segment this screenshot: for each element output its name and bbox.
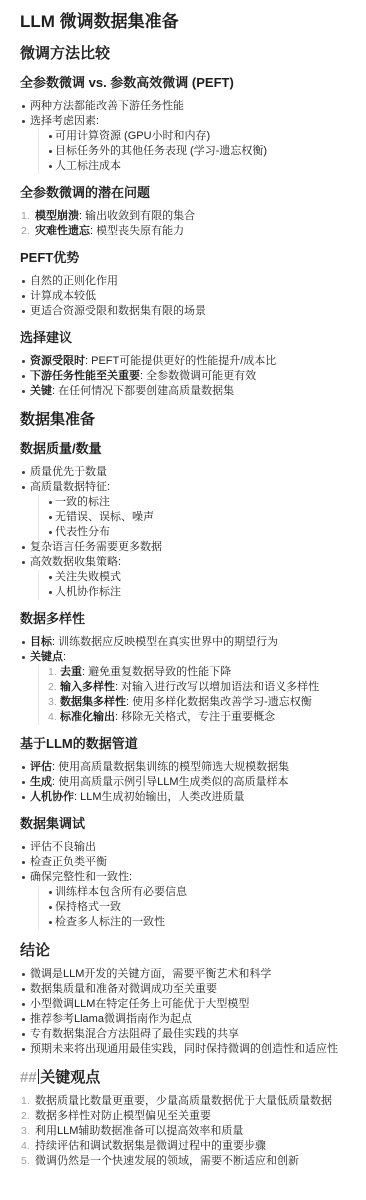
list-item-text: : 输出收敛到有限的集合: [79, 210, 195, 222]
list-item: 评估: 使用高质量数据集训练的模型筛选大规模数据集: [20, 760, 346, 775]
list-item: 关注失败模式: [39, 570, 346, 585]
list-item: 灾难性遗忘: 模型丧失原有能力: [20, 224, 346, 239]
list-item-text: : 训练数据应反映模型在真实世界中的期望行为: [52, 636, 278, 648]
heading-text: 关键观点: [40, 1069, 100, 1086]
list-item: 数据多样性对防止模型偏见至关重要: [20, 1109, 346, 1124]
list-item: 模型崩溃: 输出收敛到有限的集合: [20, 209, 346, 224]
list-item: 评估不良输出: [20, 840, 346, 855]
list-item: 目标任务外的其他任务表现 (学习-遗忘权衡): [39, 144, 346, 159]
list-item-text: 持续评估和调试数据集是微调过程中的重要步骤: [35, 1140, 266, 1152]
list-item: 高效数据收集策略: 关注失败模式 人机协作标注: [20, 555, 346, 600]
list-item-text: 代表性分布: [55, 526, 110, 538]
list-item-text: 计算成本较低: [30, 290, 96, 302]
list-item: 确保完整性和一致性: 训练样本包含所有必要信息 保持格式一致 检查多人标注的一致…: [20, 870, 346, 930]
subsection-heading-peft-advantages: PEFT优势: [20, 249, 346, 266]
list-item: 数据集多样性: 使用多样化数据集改善学习-遗忘权衡: [39, 695, 346, 710]
list-item-label: 输入多样性: [60, 681, 115, 693]
list-item-text: :: [63, 651, 66, 663]
list-item-label: 生成: [30, 776, 52, 788]
list-item: 持续评估和调试数据集是微调过程中的重要步骤: [20, 1139, 346, 1154]
list-item-text: 人机协作标注: [55, 586, 121, 598]
list-item: 微调仍然是一个快速发展的领域，需要不断适应和创新: [20, 1154, 346, 1169]
list-item: 训练样本包含所有必要信息: [39, 885, 346, 900]
list-item: 关键点: 去重: 避免重复数据导致的性能下降 输入多样性: 对输入进行改写以增加…: [20, 650, 346, 725]
list-item: 预期未来将出现通用最佳实践，同时保持微调的创造性和适应性: [20, 1042, 346, 1057]
list-item-text: : LLM生成初始输出，人类改进质量: [74, 791, 245, 803]
list-item: 推荐参考Llama微调指南作为起点: [20, 1012, 346, 1027]
list-item-text: 人工标注成本: [55, 160, 121, 172]
section-heading-key-points: ##关键观点: [20, 1068, 346, 1088]
markdown-hash-prefix: ##: [20, 1069, 37, 1086]
subsection-heading-full-ft-problems: 全参数微调的潜在问题: [20, 184, 346, 201]
numbered-list: 模型崩溃: 输出收敛到有限的集合 灾难性遗忘: 模型丧失原有能力: [20, 209, 346, 239]
list-item-text: 高效数据收集策略:: [30, 556, 121, 568]
list-item-text: 利用LLM辅助数据准备可以提高效率和质量: [35, 1125, 243, 1137]
list-item-label: 数据集多样性: [60, 696, 126, 708]
subsection-heading-dataset-debugging: 数据集调试: [20, 815, 346, 832]
list-item-text: 无错误、误标、噪声: [55, 511, 154, 523]
list-item: 专有数据集混合方法阻碍了最佳实践的共享: [20, 1027, 346, 1042]
list-item-text: : 在任何情况下都要创建高质量数据集: [52, 385, 234, 397]
bullet-list: 质量优先于数量 高质量数据特征: 一致的标注 无错误、误标、噪声 代表性分布 复…: [20, 465, 346, 600]
list-item-text: : 使用多样化数据集改善学习-遗忘权衡: [126, 696, 312, 708]
list-item: 人机协作标注: [39, 585, 346, 600]
list-item: 更适合资源受限和数据集有限的场景: [20, 304, 346, 319]
list-item-text: 目标任务外的其他任务表现 (学习-遗忘权衡): [55, 145, 267, 157]
list-item-label: 标准化输出: [60, 711, 115, 723]
list-item: 一致的标注: [39, 495, 346, 510]
list-item: 下游任务性能至关重要: 全参数微调可能更有效: [20, 369, 346, 384]
nested-bullet-list: 可用计算资源 (GPU小时和内存) 目标任务外的其他任务表现 (学习-遗忘权衡)…: [38, 129, 346, 174]
section-heading-dataset-preparation: 数据集准备: [20, 410, 346, 430]
list-item: 检查正负类平衡: [20, 855, 346, 870]
list-item-label: 关键: [30, 385, 52, 397]
list-item: 自然的正则化作用: [20, 274, 346, 289]
subsection-heading-selection-advice: 选择建议: [20, 329, 346, 346]
list-item-text: 高质量数据特征:: [30, 481, 110, 493]
list-item-text: : 对输入进行改写以增加语法和语义多样性: [115, 681, 319, 693]
list-item-text: 保持格式一致: [55, 901, 121, 913]
list-item-text: : 模型丧失原有能力: [90, 225, 184, 237]
list-item: 小型微调LLM在特定任务上可能优于大型模型: [20, 997, 346, 1012]
list-item-label: 人机协作: [30, 791, 74, 803]
list-item-text: 一致的标注: [55, 496, 110, 508]
list-item: 选择考虑因素: 可用计算资源 (GPU小时和内存) 目标任务外的其他任务表现 (…: [20, 114, 346, 174]
nested-bullet-list: 训练样本包含所有必要信息 保持格式一致 检查多人标注的一致性: [38, 885, 346, 930]
list-item-label: 下游任务性能至关重要: [30, 370, 140, 382]
list-item-text: : 全参数微调可能更有效: [140, 370, 256, 382]
list-item-text: 小型微调LLM在特定任务上可能优于大型模型: [30, 998, 249, 1010]
list-item: 资源受限时: PEFT可能提供更好的性能提升/成本比: [20, 354, 346, 369]
subsection-heading-llm-pipeline: 基于LLM的数据管道: [20, 735, 346, 752]
list-item-label: 资源受限时: [30, 355, 85, 367]
list-item-text: 选择考虑因素:: [30, 115, 99, 127]
list-item: 数据质量比数量更重要，少量高质量数据优于大量低质量数据: [20, 1094, 346, 1109]
list-item: 数据集质量和准备对微调成功至关重要: [20, 982, 346, 997]
list-item-text: : 使用高质量数据集训练的模型筛选大规模数据集: [52, 761, 289, 773]
list-item-text: 确保完整性和一致性:: [30, 871, 132, 883]
list-item: 质量优先于数量: [20, 465, 346, 480]
list-item: 关键: 在任何情况下都要创建高质量数据集: [20, 384, 346, 399]
list-item-text: 质量优先于数量: [30, 466, 107, 478]
document: LLM 微调数据集准备 微调方法比较 全参数微调 vs. 参数高效微调 (PEF…: [0, 0, 366, 1177]
list-item: 两种方法都能改善下游任务性能: [20, 99, 346, 114]
list-item-label: 目标: [30, 636, 52, 648]
list-item: 检查多人标注的一致性: [39, 915, 346, 930]
list-item-text: 复杂语言任务需要更多数据: [30, 541, 162, 553]
nested-numbered-list: 去重: 避免重复数据导致的性能下降 输入多样性: 对输入进行改写以增加语法和语义…: [38, 665, 346, 725]
list-item-text: 推荐参考Llama微调指南作为起点: [30, 1013, 192, 1025]
list-item: 代表性分布: [39, 525, 346, 540]
list-item: 标准化输出: 移除无关格式，专注于重要概念: [39, 710, 346, 725]
list-item-text: 评估不良输出: [30, 841, 96, 853]
list-item: 生成: 使用高质量示例引导LLM生成类似的高质量样本: [20, 775, 346, 790]
subsection-heading-data-diversity: 数据多样性: [20, 610, 346, 627]
list-item-text: 专有数据集混合方法阻碍了最佳实践的共享: [30, 1028, 239, 1040]
list-item-label: 关键点: [30, 651, 63, 663]
nested-bullet-list: 关注失败模式 人机协作标注: [38, 570, 346, 600]
bullet-list: 资源受限时: PEFT可能提供更好的性能提升/成本比 下游任务性能至关重要: 全…: [20, 354, 346, 399]
bullet-list: 微调是LLM开发的关键方面，需要平衡艺术和科学 数据集质量和准备对微调成功至关重…: [20, 967, 346, 1057]
list-item-text: 检查多人标注的一致性: [55, 916, 165, 928]
list-item-text: 可用计算资源 (GPU小时和内存): [55, 130, 210, 142]
list-item-text: 预期未来将出现通用最佳实践，同时保持微调的创造性和适应性: [30, 1043, 338, 1055]
subsection-heading-full-vs-peft: 全参数微调 vs. 参数高效微调 (PEFT): [20, 74, 346, 91]
list-item: 目标: 训练数据应反映模型在真实世界中的期望行为: [20, 635, 346, 650]
list-item-text: 微调仍然是一个快速发展的领域，需要不断适应和创新: [35, 1155, 299, 1167]
text-cursor: [38, 1069, 40, 1084]
list-item: 可用计算资源 (GPU小时和内存): [39, 129, 346, 144]
list-item: 复杂语言任务需要更多数据: [20, 540, 346, 555]
list-item: 无错误、误标、噪声: [39, 510, 346, 525]
list-item-text: : 避免重复数据导致的性能下降: [82, 666, 231, 678]
list-item-text: 自然的正则化作用: [30, 275, 118, 287]
list-item-label: 灾难性遗忘: [35, 225, 90, 237]
nested-bullet-list: 一致的标注 无错误、误标、噪声 代表性分布: [38, 495, 346, 540]
list-item-text: : 移除无关格式，专注于重要概念: [115, 711, 275, 723]
subsection-heading-quality-quantity: 数据质量/数量: [20, 440, 346, 457]
list-item-text: 两种方法都能改善下游任务性能: [30, 100, 184, 112]
list-item-text: 关注失败模式: [55, 571, 121, 583]
list-item: 输入多样性: 对输入进行改写以增加语法和语义多样性: [39, 680, 346, 695]
bullet-list: 自然的正则化作用 计算成本较低 更适合资源受限和数据集有限的场景: [20, 274, 346, 319]
list-item-label: 模型崩溃: [35, 210, 79, 222]
numbered-list: 数据质量比数量更重要，少量高质量数据优于大量低质量数据 数据多样性对防止模型偏见…: [20, 1094, 346, 1169]
bullet-list: 评估: 使用高质量数据集训练的模型筛选大规模数据集 生成: 使用高质量示例引导L…: [20, 760, 346, 805]
list-item: 保持格式一致: [39, 900, 346, 915]
list-item: 人工标注成本: [39, 159, 346, 174]
list-item-text: 训练样本包含所有必要信息: [55, 886, 187, 898]
bullet-list: 评估不良输出 检查正负类平衡 确保完整性和一致性: 训练样本包含所有必要信息 保…: [20, 840, 346, 930]
list-item-label: 去重: [60, 666, 82, 678]
list-item-text: 微调是LLM开发的关键方面，需要平衡艺术和科学: [30, 968, 271, 980]
bullet-list: 目标: 训练数据应反映模型在真实世界中的期望行为 关键点: 去重: 避免重复数据…: [20, 635, 346, 725]
list-item: 微调是LLM开发的关键方面，需要平衡艺术和科学: [20, 967, 346, 982]
section-heading-conclusion: 结论: [20, 941, 346, 961]
list-item-text: 数据多样性对防止模型偏见至关重要: [35, 1110, 211, 1122]
list-item-text: 更适合资源受限和数据集有限的场景: [30, 305, 206, 317]
list-item: 利用LLM辅助数据准备可以提高效率和质量: [20, 1124, 346, 1139]
list-item: 人机协作: LLM生成初始输出，人类改进质量: [20, 790, 346, 805]
list-item-text: : 使用高质量示例引导LLM生成类似的高质量样本: [52, 776, 289, 788]
list-item: 去重: 避免重复数据导致的性能下降: [39, 665, 346, 680]
bullet-list: 两种方法都能改善下游任务性能 选择考虑因素: 可用计算资源 (GPU小时和内存)…: [20, 99, 346, 174]
list-item-label: 评估: [30, 761, 52, 773]
section-heading-method-comparison: 微调方法比较: [20, 44, 346, 64]
page-title: LLM 微调数据集准备: [20, 10, 346, 33]
list-item-text: 数据集质量和准备对微调成功至关重要: [30, 983, 217, 995]
list-item: 计算成本较低: [20, 289, 346, 304]
list-item-text: : PEFT可能提供更好的性能提升/成本比: [85, 355, 276, 367]
list-item-text: 检查正负类平衡: [30, 856, 107, 868]
list-item-text: 数据质量比数量更重要，少量高质量数据优于大量低质量数据: [35, 1095, 332, 1107]
list-item: 高质量数据特征: 一致的标注 无错误、误标、噪声 代表性分布: [20, 480, 346, 540]
